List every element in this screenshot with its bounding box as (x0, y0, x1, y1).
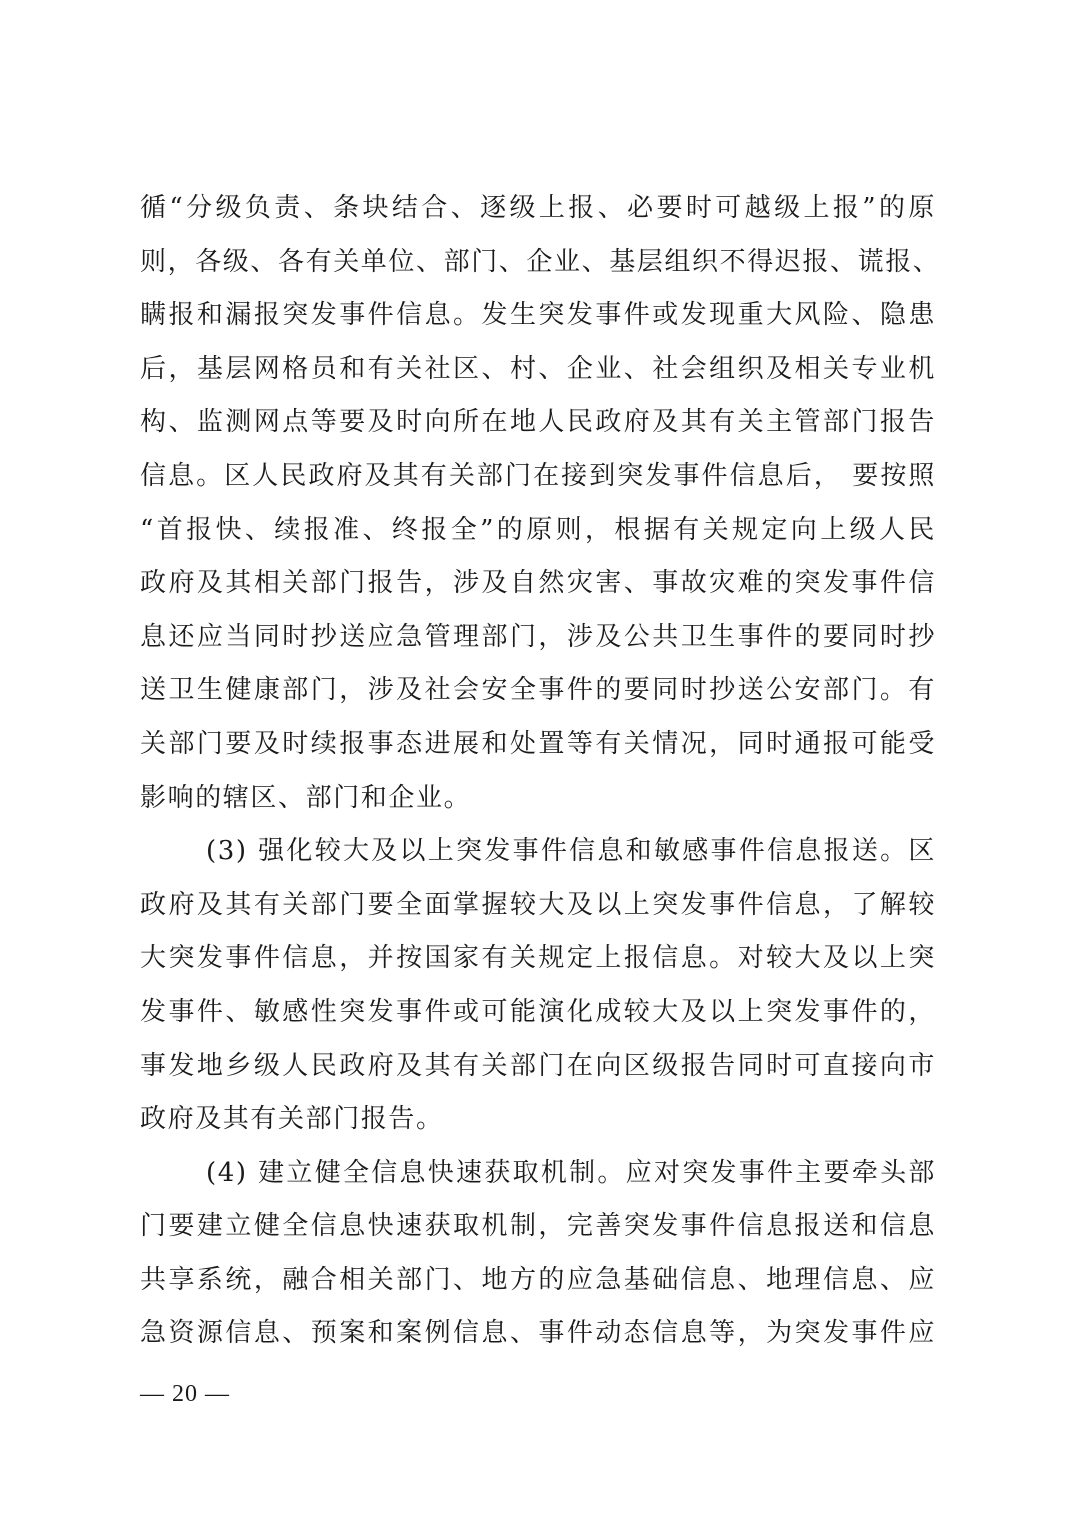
paragraph-3: (3) 强化较大及以上突发事件信息和敏感事件信息报送。区 政府及其有关部门要全面… (140, 825, 936, 1147)
text-line: 急资源信息、预案和案例信息、事件动态信息等，为突发事件应 (140, 1307, 936, 1361)
text-line: 送卫生健康部门，涉及社会安全事件的要同时抄送公安部门。有 (140, 664, 936, 718)
text-line: “首报快、续报准、终报全”的原则，根据有关规定向上级人民 (140, 504, 936, 558)
text-line: 共享系统，融合相关部门、地方的应急基础信息、地理信息、应 (140, 1254, 936, 1308)
text-line: 影响的辖区、部门和企业。 (140, 772, 936, 826)
text-line: 政府及其有关部门报告。 (140, 1093, 936, 1147)
body-text: 循“分级负责、条块结合、逐级上报、必要时可越级上报”的原 则，各级、各有关单位、… (140, 182, 936, 1361)
text-line: 事发地乡级人民政府及其有关部门在向区级报告同时可直接向市 (140, 1040, 936, 1094)
page-number: — 20 — (140, 1374, 230, 1414)
text-line: 息还应当同时抄送应急管理部门，涉及公共卫生事件的要同时抄 (140, 611, 936, 665)
paragraph-heading-line: (4) 建立健全信息快速获取机制。应对突发事件主要牵头部 (140, 1147, 936, 1201)
text-line: 构、监测网点等要及时向所在地人民政府及其有关主管部门报告 (140, 396, 936, 450)
paragraph-continued: 循“分级负责、条块结合、逐级上报、必要时可越级上报”的原 则，各级、各有关单位、… (140, 182, 936, 825)
text-line: 则，各级、各有关单位、部门、企业、基层组织不得迟报、谎报、 (140, 236, 936, 290)
text-line: 政府及其相关部门报告，涉及自然灾害、事故灾难的突发事件信 (140, 557, 936, 611)
text-line: 循“分级负责、条块结合、逐级上报、必要时可越级上报”的原 (140, 182, 936, 236)
text-line: 信息。区人民政府及其有关部门在接到突发事件信息后， 要按照 (140, 450, 936, 504)
text-line: 政府及其有关部门要全面掌握较大及以上突发事件信息，了解较 (140, 879, 936, 933)
text-line: 发事件、敏感性突发事件或可能演化成较大及以上突发事件的， (140, 986, 936, 1040)
text-line: 后，基层网格员和有关社区、村、企业、社会组织及相关专业机 (140, 343, 936, 397)
document-page: 循“分级负责、条块结合、逐级上报、必要时可越级上报”的原 则，各级、各有关单位、… (0, 0, 1074, 1520)
text-line: 瞒报和漏报突发事件信息。发生突发事件或发现重大风险、隐患 (140, 289, 936, 343)
text-line: 关部门要及时续报事态进展和处置等有关情况，同时通报可能受 (140, 718, 936, 772)
paragraph-heading-line: (3) 强化较大及以上突发事件信息和敏感事件信息报送。区 (140, 825, 936, 879)
text-line: 门要建立健全信息快速获取机制，完善突发事件信息报送和信息 (140, 1200, 936, 1254)
paragraph-4: (4) 建立健全信息快速获取机制。应对突发事件主要牵头部 门要建立健全信息快速获… (140, 1147, 936, 1361)
text-line: 大突发事件信息，并按国家有关规定上报信息。对较大及以上突 (140, 932, 936, 986)
